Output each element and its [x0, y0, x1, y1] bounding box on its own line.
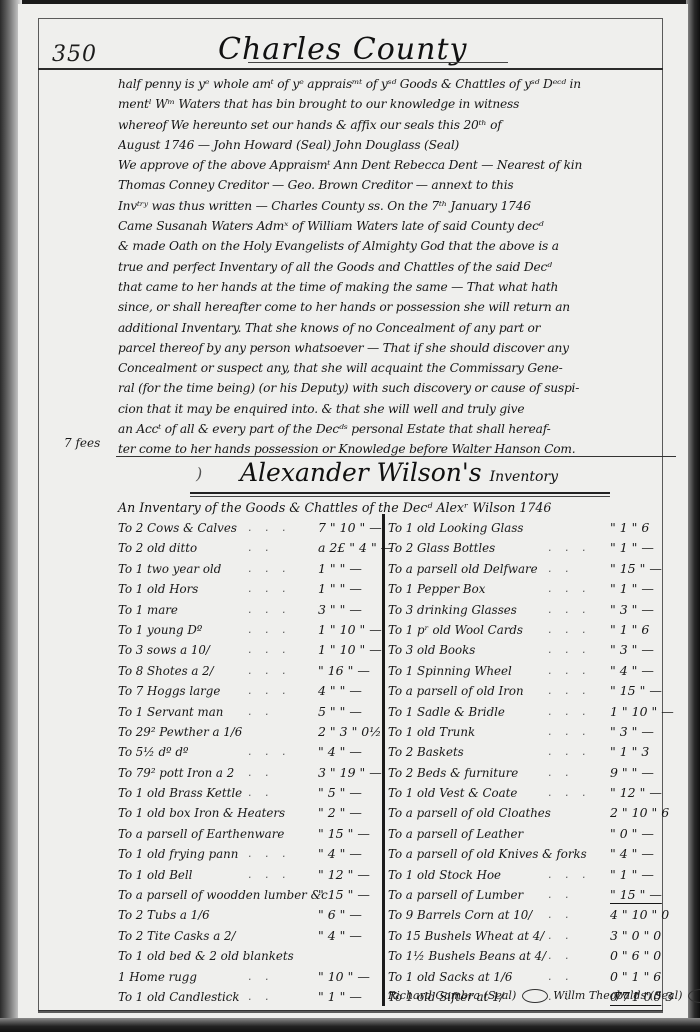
item-amount: " 3 " — — [610, 722, 654, 742]
item-desc: To a parsell of Lumber — [388, 885, 523, 905]
item-desc: To 1 old Looking Glass — [388, 518, 523, 538]
item-desc: To 1 old Brass Kettle — [118, 783, 242, 803]
leader-dots: . . . — [548, 620, 590, 640]
appraisement-text: half penny is yᵉ whole amᵗ of yᵉ apprais… — [118, 74, 678, 460]
heading-underline — [248, 62, 508, 63]
item-desc: To 5½ dº dº — [118, 742, 188, 762]
inventory-row: To 1½ Bushels Beans at 4/. .0 " 6 " 0 — [388, 946, 678, 966]
text-line: since, or shall hereafter come to her ha… — [118, 297, 678, 317]
item-desc: To 3 drinking Glasses — [388, 600, 517, 620]
inventory-row: To 1 pʳ old Wool Cards. . ." 1 " 6 — [388, 620, 678, 640]
inventory-row: To 1 old Candlestick. ." 1 " — — [118, 987, 380, 1007]
item-desc: To 1 old Vest & Coate — [388, 783, 517, 803]
leader-dots: . . . — [548, 742, 590, 762]
text-line: ral (for the time being) (or his Deputy)… — [118, 378, 678, 398]
scan-bottom-edge — [0, 1018, 700, 1032]
leader-dots: . . — [548, 885, 574, 905]
inventory-row: To 1 old Sacks at 1/6. .0 " 1 " 6 — [388, 967, 678, 987]
inventory-row: To 1 old frying pann. . ." 4 " — — [118, 844, 380, 864]
inventory-row: To 1 old Stock Hoe. . ." 1 " — — [388, 865, 678, 885]
inventory-row: To a parsell of Earthenware" 15 " — — [118, 824, 380, 844]
item-amount: 4 " 10 " 0 — [610, 905, 669, 925]
inventory-row: To 8 Shotes a 2/. . ." 16 " — — [118, 661, 380, 681]
item-amount: " 6 " — — [318, 905, 362, 925]
leader-dots: . . — [548, 559, 574, 579]
item-desc: To 9 Barrels Corn at 10/ — [388, 905, 532, 925]
item-amount: 3 " 0 " 0 — [610, 926, 661, 946]
text-line: cion that it may be enquired into. & tha… — [118, 399, 678, 419]
item-amount: 1 " " — — [318, 559, 362, 579]
inventory-row: To a parsell of old Iron. . ." 15 " — — [388, 681, 678, 701]
leader-dots: . . . — [548, 702, 590, 722]
item-amount: " 15 " — — [610, 681, 662, 701]
item-desc: To 1 young Dº — [118, 620, 202, 640]
text-line: & made Oath on the Holy Evangelists of A… — [118, 236, 678, 256]
inventory-intro: An Inventary of the Goods & Chattles of … — [118, 498, 678, 518]
leader-dots: . . — [248, 763, 274, 783]
leader-dots: . . . — [248, 600, 290, 620]
inventory-row: To 2 Tubs a 1/6" 6 " — — [118, 905, 380, 925]
item-amount: 1 " 10 " — — [610, 702, 674, 722]
item-desc: To 2 Tubs a 1/6 — [118, 905, 210, 925]
item-desc: To 1 Sadle & Bridle — [388, 702, 505, 722]
scan-right-edge — [686, 0, 700, 1032]
item-desc: To 79² pott Iron a 2 — [118, 763, 234, 783]
item-amount: 2 " 10 " 6 — [610, 803, 669, 823]
item-desc: To 1 old Trunk — [388, 722, 475, 742]
text-line: We approve of the above Appraismᵗ Ann De… — [118, 155, 678, 175]
appraiser-signatures: Richard Gambra (Seal) Willm Theobalds (S… — [388, 989, 688, 1003]
leader-dots: . . . — [548, 640, 590, 660]
inventory-row: To 9 Barrels Corn at 10/. .4 " 10 " 0 — [388, 905, 678, 925]
inventory-row: To 1 young Dº. . .1 " 10 " — — [118, 620, 380, 640]
inventory-right-column: To 1 old Looking Glass" 1 " 6 To 2 Glass… — [388, 518, 678, 1007]
inventory-total: 77 " 0 " 3 — [614, 989, 673, 1004]
leader-dots: . . . — [248, 640, 290, 660]
item-desc: To 3 old Books — [388, 640, 475, 660]
item-amount: " 4 " — — [318, 926, 362, 946]
item-desc: To 1½ Bushels Beans at 4/ — [388, 946, 546, 966]
item-amount: " 15 " — — [318, 824, 370, 844]
inventory-row: To 2 Cows & Calves. . .7 " 10 " — — [118, 518, 380, 538]
leader-dots: . . — [548, 946, 574, 966]
inventory-row: 1 Home rugg. ." 10 " — — [118, 967, 380, 987]
leader-dots: . . . — [248, 742, 290, 762]
item-desc: To 2 Baskets — [388, 742, 464, 762]
item-desc: To 1 old Candlestick — [118, 987, 240, 1007]
inventory-left-column: To 2 Cows & Calves. . .7 " 10 " — To 2 o… — [118, 518, 380, 1007]
inventory-row: To 1 old Bell. . ." 12 " — — [118, 865, 380, 885]
leader-dots: . . . — [248, 559, 290, 579]
section-divider — [116, 456, 676, 457]
inventory-row: To 2 Beds & furniture. .9 " " — — [388, 763, 678, 783]
leader-dots: . . . — [248, 844, 290, 864]
inventory-row: To 3 old Books. . ." 3 " — — [388, 640, 678, 660]
inventory-row: To 1 old box Iron & Heaters" 2 " — — [118, 803, 380, 823]
leader-dots: . . . — [548, 538, 590, 558]
margin-note-fees: 7 fees — [64, 436, 100, 450]
leader-dots: . . . — [248, 579, 290, 599]
leader-dots: . . . — [248, 620, 290, 640]
inventory-row: To 1 two year old. . .1 " " — — [118, 559, 380, 579]
leader-dots: . . — [248, 702, 274, 722]
leader-dots: . . . — [548, 865, 590, 885]
item-amount: " 4 " — — [610, 661, 654, 681]
leader-dots: . . . — [248, 865, 290, 885]
item-amount: 1 " 10 " — — [318, 640, 382, 660]
inventory-row: To 1 old Trunk. . ." 3 " — — [388, 722, 678, 742]
inventory-row: To 3 sows a 10/. . .1 " 10 " — — [118, 640, 380, 660]
item-amount: " 1 " — — [610, 538, 654, 558]
leader-dots: . . — [248, 538, 274, 558]
item-desc: To 2 Glass Bottles — [388, 538, 495, 558]
text-line: half penny is yᵉ whole amᵗ of yᵉ apprais… — [118, 74, 678, 94]
text-line: an Accᵗ of all & every part of the Decᵈˢ… — [118, 419, 678, 439]
item-desc: To 1 mare — [118, 600, 178, 620]
item-desc: To a parsell of Earthenware — [118, 824, 284, 844]
item-amount: 7 " 10 " — — [318, 518, 382, 538]
inventory-row: To 2 Tite Casks a 2/" 4 " — — [118, 926, 380, 946]
item-desc: To 2 Beds & furniture — [388, 763, 518, 783]
item-desc: To 1 Pepper Box — [388, 579, 485, 599]
item-desc: To 1 two year old — [118, 559, 221, 579]
item-amount: a 2£ " 4 " — — [318, 538, 393, 558]
leader-dots: . . . — [548, 579, 590, 599]
leader-dots: . . . — [248, 681, 290, 701]
item-desc: To 1 old Hors — [118, 579, 198, 599]
item-desc: To 1 pʳ old Wool Cards — [388, 620, 523, 640]
text-line: whereof We hereunto set our hands & affi… — [118, 115, 678, 135]
item-amount: 4 " " — — [318, 681, 362, 701]
text-line: that came to her hands at the time of ma… — [118, 277, 678, 297]
inventory-row: To a parsell of Leather" 0 " — — [388, 824, 678, 844]
inventory-row: To 15 Bushels Wheat at 4/. .3 " 0 " 0 — [388, 926, 678, 946]
item-amount: " 5 " — — [318, 783, 362, 803]
inventory-row: To a parsell of woodden lumber &c" 15 " … — [118, 885, 380, 905]
inventory-row: To 1 old Brass Kettle. ." 5 " — — [118, 783, 380, 803]
inventory-row: To 2 old ditto. .a 2£ " 4 " — — [118, 538, 380, 558]
leader-dots: . . — [548, 926, 574, 946]
leader-dots: . . — [248, 987, 274, 1007]
text-line: true and perfect Inventary of all the Go… — [118, 257, 678, 277]
leader-dots: . . — [248, 967, 274, 987]
leader-dots: . . — [548, 967, 574, 987]
ledger-page: 350 Charles County half penny is yᵉ whol… — [18, 4, 688, 1022]
item-desc: To a parsell of old Cloathes — [388, 803, 551, 823]
item-amount: " 4 " — — [318, 844, 362, 864]
leader-dots: . . . — [548, 661, 590, 681]
item-amount: " 0 " — — [610, 824, 654, 844]
inventory-row: To 1 old Hors. . .1 " " — — [118, 579, 380, 599]
text-line: August 1746 — John Howard (Seal) John Do… — [118, 135, 678, 155]
item-desc: To 2 old ditto — [118, 538, 197, 558]
leader-dots: . . — [548, 763, 574, 783]
item-amount: " 15 " — — [610, 885, 662, 905]
inventory-row: To 3 drinking Glasses. . ." 3 " — — [388, 600, 678, 620]
item-desc: To 1 old bed & 2 old blankets — [118, 946, 294, 966]
item-desc: To 29² Pewther a 1/6 — [118, 722, 242, 742]
item-desc: To a parsell of old Iron — [388, 681, 524, 701]
item-amount: " 1 " — — [610, 865, 654, 885]
item-amount: " 15 " — — [610, 559, 662, 579]
item-amount: 9 " " — — [610, 763, 654, 783]
item-desc: To a parsell of woodden lumber &c — [118, 885, 328, 905]
seal-icon — [522, 989, 548, 1003]
inventory-row: To 1 old Vest & Coate. . ." 12 " — — [388, 783, 678, 803]
text-line: parcel thereof by any person whatsoever … — [118, 338, 678, 358]
paren-mark: ) — [196, 464, 202, 483]
leader-dots: . . . — [548, 600, 590, 620]
item-desc: To 15 Bushels Wheat at 4/ — [388, 926, 544, 946]
inventory-row: To 1 Servant man. .5 " " — — [118, 702, 380, 722]
item-desc: 1 Home rugg — [118, 967, 197, 987]
inventory-row: To 1 old bed & 2 old blankets — [118, 946, 380, 966]
inventory-row: To 1 old Looking Glass" 1 " 6 — [388, 518, 678, 538]
title-underline-thin — [190, 496, 610, 497]
page-number: 350 — [52, 42, 97, 67]
text-line: Thomas Conney Creditor — Geo. Brown Cred… — [118, 175, 678, 195]
leader-dots: . . — [548, 905, 574, 925]
item-desc: To 1 Servant man — [118, 702, 223, 722]
item-desc: To 2 Cows & Calves — [118, 518, 237, 538]
item-amount: 5 " " — — [318, 702, 362, 722]
inventory-row: To 2 Baskets. . ." 1 " 3 — [388, 742, 678, 762]
leader-dots: . . . — [248, 661, 290, 681]
item-amount: " 4 " — — [318, 742, 362, 762]
item-desc: To 3 sows a 10/ — [118, 640, 210, 660]
item-amount: " 4 " — — [610, 844, 654, 864]
inventory-row: To 5½ dº dº. . ." 4 " — — [118, 742, 380, 762]
inventory-row: To a parsell of Lumber. ." 15 " — — [388, 885, 678, 905]
leader-dots: . . . — [548, 681, 590, 701]
inventory-row: To 1 Sadle & Bridle. . .1 " 10 " — — [388, 702, 678, 722]
inventory-row: To 29² Pewther a 1/62 " 3 " 0½ — [118, 722, 380, 742]
text-line: Came Susanah Waters Admˣ of William Wate… — [118, 216, 678, 236]
item-amount: " 2 " — — [318, 803, 362, 823]
inventory-row: To 1 mare. . .3 " " — — [118, 600, 380, 620]
item-amount: " 15 " — — [318, 885, 370, 905]
appraiser-signature-1: Richard Gambra (Seal) — [388, 989, 516, 1002]
item-amount: 0 " 1 " 6 — [610, 967, 661, 987]
inventory-row: To 1 Pepper Box. . ." 1 " — — [388, 579, 678, 599]
text-line: Concealment or suspect any, that she wil… — [118, 358, 678, 378]
leader-dots: . . . — [548, 783, 590, 803]
inventory-title-name: Alexander Wilson's — [240, 458, 482, 487]
inventory-row: To a parsell of old Knives & forks" 4 " … — [388, 844, 678, 864]
inventory-row: To 1 Spinning Wheel. . ." 4 " — — [388, 661, 678, 681]
inventory-row: To 79² pott Iron a 2. .3 " 19 " — — [118, 763, 380, 783]
inventory-title-suffix: Inventory — [490, 469, 558, 485]
leader-dots: . . . — [548, 722, 590, 742]
inventory-row: To 7 Hoggs large. . .4 " " — — [118, 681, 380, 701]
text-line: additional Inventary. That she knows of … — [118, 318, 678, 338]
item-amount: " 12 " — — [610, 783, 662, 803]
item-desc: To a parsell of Leather — [388, 824, 523, 844]
item-amount: " 10 " — — [318, 967, 370, 987]
title-underline — [190, 492, 610, 494]
item-amount: 3 " " — — [318, 600, 362, 620]
item-amount: 1 " " — — [318, 579, 362, 599]
item-desc: To 2 Tite Casks a 2/ — [118, 926, 236, 946]
item-amount: " 1 " — — [318, 987, 362, 1007]
inventory-title: Alexander Wilson'sInventory — [240, 458, 558, 487]
text-line: Invᵗʳʸ was thus written — Charles County… — [118, 196, 678, 216]
item-desc: To 1 old frying pann — [118, 844, 238, 864]
item-amount: " 3 " — — [610, 640, 654, 660]
item-amount: " 1 " 6 — [610, 518, 649, 538]
item-amount: 0 " 6 " 0 — [610, 946, 661, 966]
item-amount: " 1 " 3 — [610, 742, 649, 762]
item-desc: To 8 Shotes a 2/ — [118, 661, 214, 681]
item-desc: To 1 Spinning Wheel — [388, 661, 512, 681]
item-amount: 3 " 19 " — — [318, 763, 382, 783]
item-amount: " 3 " — — [610, 600, 654, 620]
item-desc: To 7 Hoggs large — [118, 681, 220, 701]
item-amount: " 1 " — — [610, 579, 654, 599]
item-desc: To 1 old Sacks at 1/6 — [388, 967, 512, 987]
item-desc: To 1 old Bell — [118, 865, 192, 885]
item-amount: " 1 " 6 — [610, 620, 649, 640]
inventory-row: To 2 Glass Bottles. . ." 1 " — — [388, 538, 678, 558]
item-desc: To a parsell old Delfware — [388, 559, 538, 579]
column-divider — [382, 514, 385, 1006]
item-amount: " 12 " — — [318, 865, 370, 885]
inventory-row: To a parsell of old Cloathes2 " 10 " 6 — [388, 803, 678, 823]
item-desc: To 1 old Stock Hoe — [388, 865, 501, 885]
inventory-row: To a parsell old Delfware. ." 15 " — — [388, 559, 678, 579]
leader-dots: . . . — [248, 518, 290, 538]
item-desc: To a parsell of old Knives & forks — [388, 844, 587, 864]
item-amount: 1 " 10 " — — [318, 620, 382, 640]
text-line: mentˡ Wᵐ Waters that has bin brought to … — [118, 94, 678, 114]
item-desc: To 1 old box Iron & Heaters — [118, 803, 285, 823]
item-amount: 2 " 3 " 0½ — [318, 722, 381, 742]
bottom-rule — [38, 1010, 663, 1011]
leader-dots: . . — [248, 783, 274, 803]
item-amount: " 16 " — — [318, 661, 370, 681]
header-rule — [38, 68, 663, 70]
